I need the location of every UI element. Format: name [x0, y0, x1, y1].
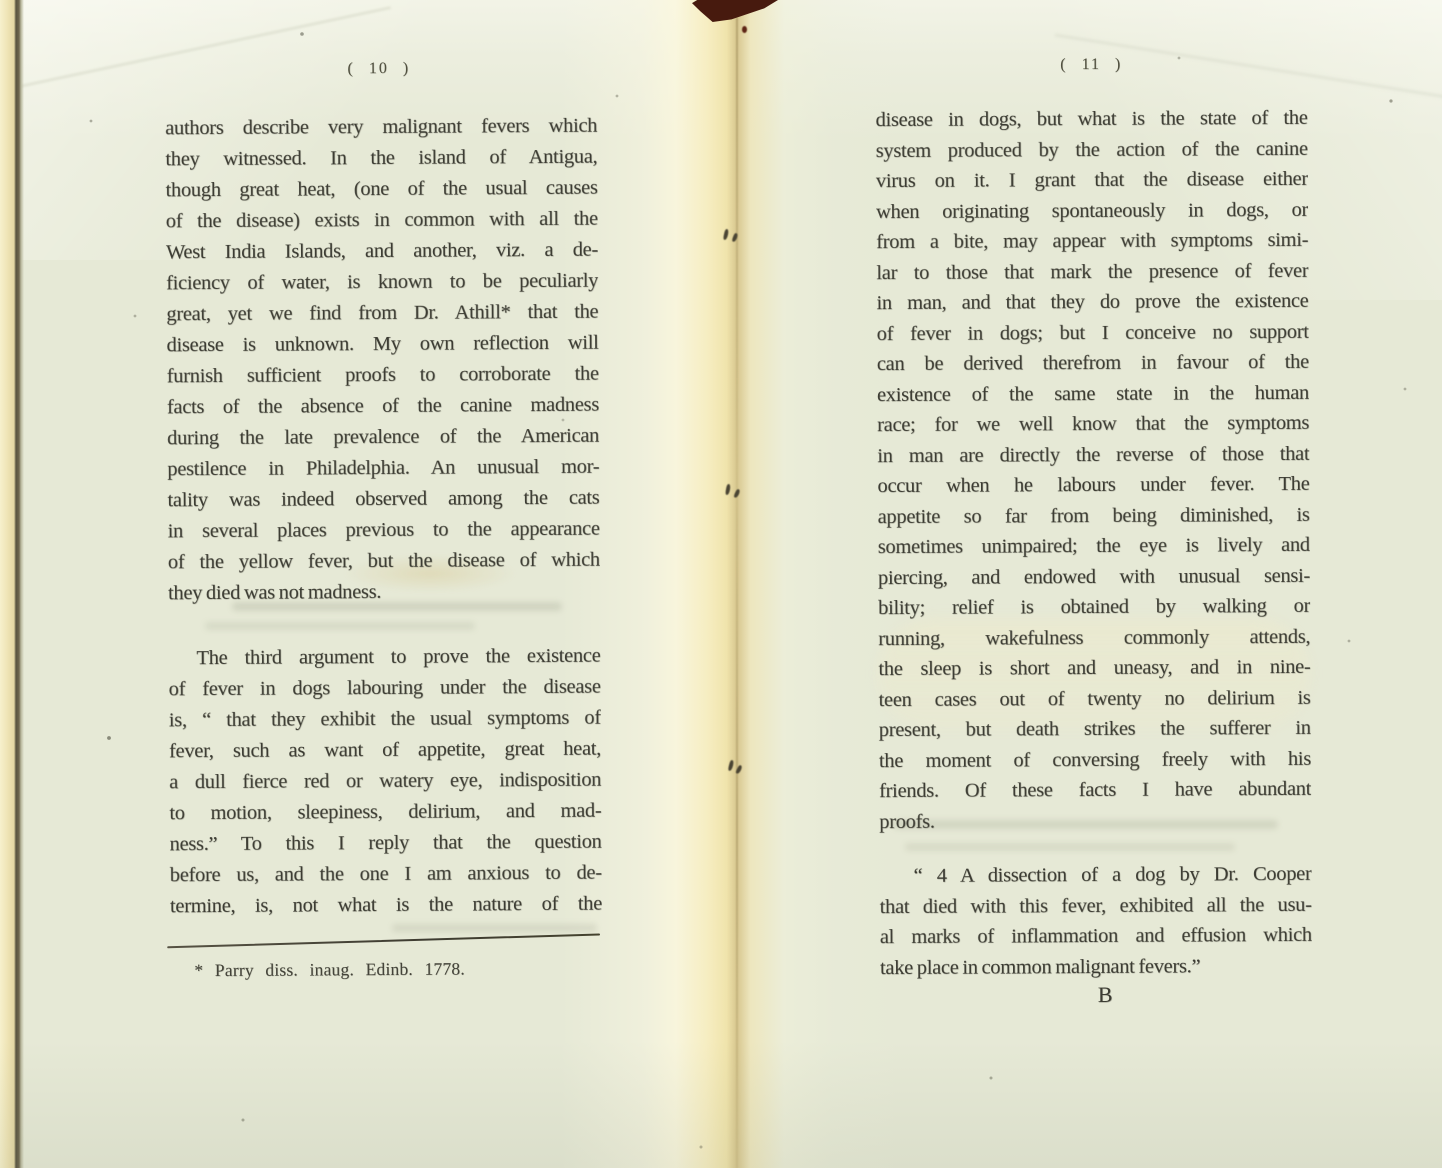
- text-line: friends. Of these facts I have abundant: [879, 774, 1311, 807]
- text-line: virus on it. I grant that the disease ei…: [876, 164, 1308, 197]
- text-line: in man, and that they do prove the exist…: [876, 286, 1308, 319]
- text-line: from a bite, may appear with symptoms si…: [876, 225, 1308, 258]
- paragraph: authors describe very malignant fevers w…: [165, 111, 600, 610]
- gutter-ink-mark: [735, 765, 743, 775]
- text-line: before us, and the one I am anxious to d…: [170, 858, 602, 892]
- left-page-edge: [0, 0, 24, 1168]
- paragraph: The third argument to prove the existenc…: [168, 641, 602, 923]
- left-page: ( 10 ) authors describe very malignant f…: [156, 0, 607, 1168]
- gutter-ink-mark: [732, 233, 739, 243]
- text-line: ficiency of water, is known to be peculi…: [166, 266, 598, 300]
- text-line: of the yellow fever, but the disease of …: [168, 545, 600, 579]
- footnote: * Parry diss. inaug. Edinb. 1778.: [194, 959, 465, 982]
- text-line: in several places previous to the appear…: [168, 514, 600, 548]
- gutter-crease-line: [736, 18, 738, 1168]
- text-line: authors describe very malignant fevers w…: [165, 111, 597, 145]
- text-line: when originating spontaneously in dogs, …: [876, 194, 1308, 227]
- text-line: pestilence in Philadelphia. An unusual m…: [167, 452, 599, 486]
- text-line: teen cases out of twenty no delirium is: [879, 682, 1311, 715]
- text-line: occur when he labours under fever. The: [877, 469, 1309, 502]
- spine-speck: [742, 26, 747, 33]
- text-line: is, “ that they exhibit the usual sympto…: [169, 703, 601, 737]
- text-line: that died with this fever, exhibited all…: [880, 889, 1312, 922]
- text-line: existence of the same state in the human: [877, 377, 1309, 410]
- signature-mark: B: [872, 981, 1320, 1009]
- gutter-ink-mark: [725, 484, 731, 496]
- text-line: in man are directly the reverse of those…: [877, 438, 1309, 471]
- text-line: the moment of conversing freely with his: [879, 743, 1311, 776]
- text-line: termine, is, not what is the nature of t…: [170, 889, 602, 923]
- text-line: proofs.: [879, 804, 1311, 837]
- text-line: running, wakefulness commonly attends,: [878, 621, 1310, 654]
- text-line: present, but death strikes the sufferer …: [879, 713, 1311, 746]
- text-line: of fever in dogs; but I conceive no supp…: [877, 316, 1309, 349]
- text-line: piercing, and endowed with unusual sensi…: [878, 560, 1310, 593]
- paragraph: “ 4 A dissection of a dog by Dr. Coopert…: [879, 859, 1312, 983]
- paper-specks: [0, 0, 2, 2]
- book-scan: ( 10 ) authors describe very malignant f…: [0, 0, 1442, 1168]
- text-line: furnish sufficient proofs to corroborate…: [167, 359, 599, 393]
- gutter-ink-mark: [728, 760, 735, 772]
- page-number-right: ( 11 ): [867, 55, 1315, 75]
- text-line: disease is unknown. My own reflection wi…: [166, 328, 598, 362]
- text-line: sometimes unimpaired; the eye is lively …: [878, 530, 1310, 563]
- gutter-ink-mark: [733, 489, 740, 499]
- text-line: to motion, sleepiness, delirium, and mad…: [169, 796, 601, 830]
- gutter-ink-mark: [723, 229, 729, 241]
- text-line: ness.” To this I reply that the question: [169, 827, 601, 861]
- right-page: ( 11 ) disease in dogs, but what is the …: [867, 0, 1321, 1168]
- text-line: great, yet we find from Dr. Athill* that…: [166, 297, 598, 331]
- text-line: system produced by the action of the can…: [876, 133, 1308, 166]
- paragraph: disease in dogs, but what is the state o…: [875, 103, 1311, 837]
- text-line: al marks of inflammation and effusion wh…: [880, 920, 1312, 953]
- text-line: “ 4 A dissection of a dog by Dr. Cooper: [879, 859, 1311, 892]
- text-line: appetite so far from being diminished, i…: [878, 499, 1310, 532]
- text-line: of fever in dogs labouring under the dis…: [169, 672, 601, 706]
- text-line: during the late prevalence of the Americ…: [167, 421, 599, 455]
- page-number-left: ( 10 ): [157, 59, 601, 80]
- text-line: can be derived therefrom in favour of th…: [877, 347, 1309, 380]
- text-line: tality was indeed observed among the cat…: [167, 483, 599, 517]
- text-line: bility; relief is obtained by walking or: [878, 591, 1310, 624]
- text-line: of the disease) exists in common with al…: [166, 204, 598, 238]
- right-page-text: disease in dogs, but what is the state o…: [875, 103, 1312, 983]
- text-line: they died was not madness.: [168, 576, 600, 610]
- text-line: take place in common malignant fevers.”: [880, 950, 1312, 983]
- text-line: facts of the absence of the canine madne…: [167, 390, 599, 424]
- gutter-shadow: [560, 0, 900, 1168]
- text-line: a dull fierce red or watery eye, indispo…: [169, 765, 601, 799]
- text-line: disease in dogs, but what is the state o…: [875, 103, 1307, 136]
- footnote-rule: [167, 933, 600, 948]
- text-line: fever, such as want of appetite, great h…: [169, 734, 601, 768]
- text-line: race; for we well know that the symptoms: [877, 408, 1309, 441]
- text-line: though great heat, (one of the usual cau…: [165, 173, 597, 207]
- left-page-text: authors describe very malignant fevers w…: [165, 111, 602, 923]
- text-line: The third argument to prove the existenc…: [168, 641, 600, 675]
- spine-leather-fragment: [692, 0, 778, 22]
- text-line: lar to those that mark the presence of f…: [876, 255, 1308, 288]
- text-line: they witnessed. In the island of Antigua…: [165, 142, 597, 176]
- text-line: the sleep is short and uneasy, and in ni…: [878, 652, 1310, 685]
- text-line: West India Islands, and another, viz. a …: [166, 235, 598, 269]
